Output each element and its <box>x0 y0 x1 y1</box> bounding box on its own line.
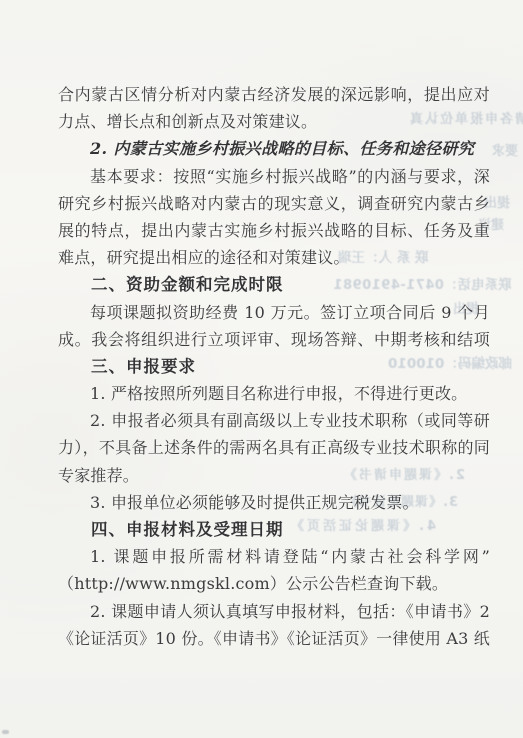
doc-line: 《论证活页》10 份。《申请书》《论证活页》一律使用 A3 纸双面 <box>58 625 490 652</box>
scanned-document-page: 3. 请各申报单位认真 要求 提出 建议 联 系 人：王瑞 联系电话：0471-… <box>0 0 523 738</box>
doc-line: 展的特点，提出内蒙古实施乡村振兴战略的目标、任务及重点、 <box>58 217 490 244</box>
doc-line: （http://www.nmgskl.com）公示公告栏查询下载。 <box>58 570 490 597</box>
doc-line: 研究乡村振兴战略对内蒙古的现实意义，调查研究内蒙古乡村发 <box>58 190 490 217</box>
document-body: 合内蒙古区情分析对内蒙古经济发展的深远影响，提出应对的着 力点、增长点和创新点及… <box>58 81 490 652</box>
doc-line: 力点、增长点和创新点及对策建议。 <box>58 108 490 135</box>
doc-line: 难点，研究提出相应的途径和对策建议。 <box>58 244 490 271</box>
doc-line: 2. 申报者必须具有副高级以上专业技术职称（或同等研究能 <box>58 407 490 434</box>
doc-line: 专家推荐。 <box>58 462 490 489</box>
doc-line: 基本要求：按照“实施乡村振兴战略”的内涵与要求，深入 <box>58 163 490 190</box>
doc-line: 成。我会将组织进行立项评审、现场答辩、中期考核和结项评审。 <box>58 326 490 353</box>
topic-heading: 2. 内蒙古实施乡村振兴战略的目标、任务和途径研究 <box>58 135 490 162</box>
doc-line: 3. 申报单位必须能够及时提供正规完税发票。 <box>58 489 490 516</box>
doc-line: 1. 严格按照所列题目名称进行申报，不得进行更改。 <box>58 380 490 407</box>
doc-line: 力），不具备上述条件的需两名具有正高级专业技术职称的同行 <box>58 434 490 461</box>
doc-line: 每项课题拟资助经费 10 万元。签订立项合同后 9 个月内完 <box>58 299 490 326</box>
section-heading: 四、申报材料及受理日期 <box>58 516 490 543</box>
doc-line: 1. 课题申报所需材料请登陆“内蒙古社会科学网” <box>58 543 490 570</box>
doc-line: 2. 课题申请人须认真填写申报材料，包括：《申请书》2 份、 <box>58 598 490 625</box>
section-heading: 二、资助金额和完成时限 <box>58 271 490 298</box>
bleedthrough-text: 要求 <box>492 144 518 159</box>
scan-artifact <box>2 730 9 734</box>
doc-line: 合内蒙古区情分析对内蒙古经济发展的深远影响，提出应对的着 <box>58 81 490 108</box>
section-heading: 三、申报要求 <box>58 353 490 380</box>
